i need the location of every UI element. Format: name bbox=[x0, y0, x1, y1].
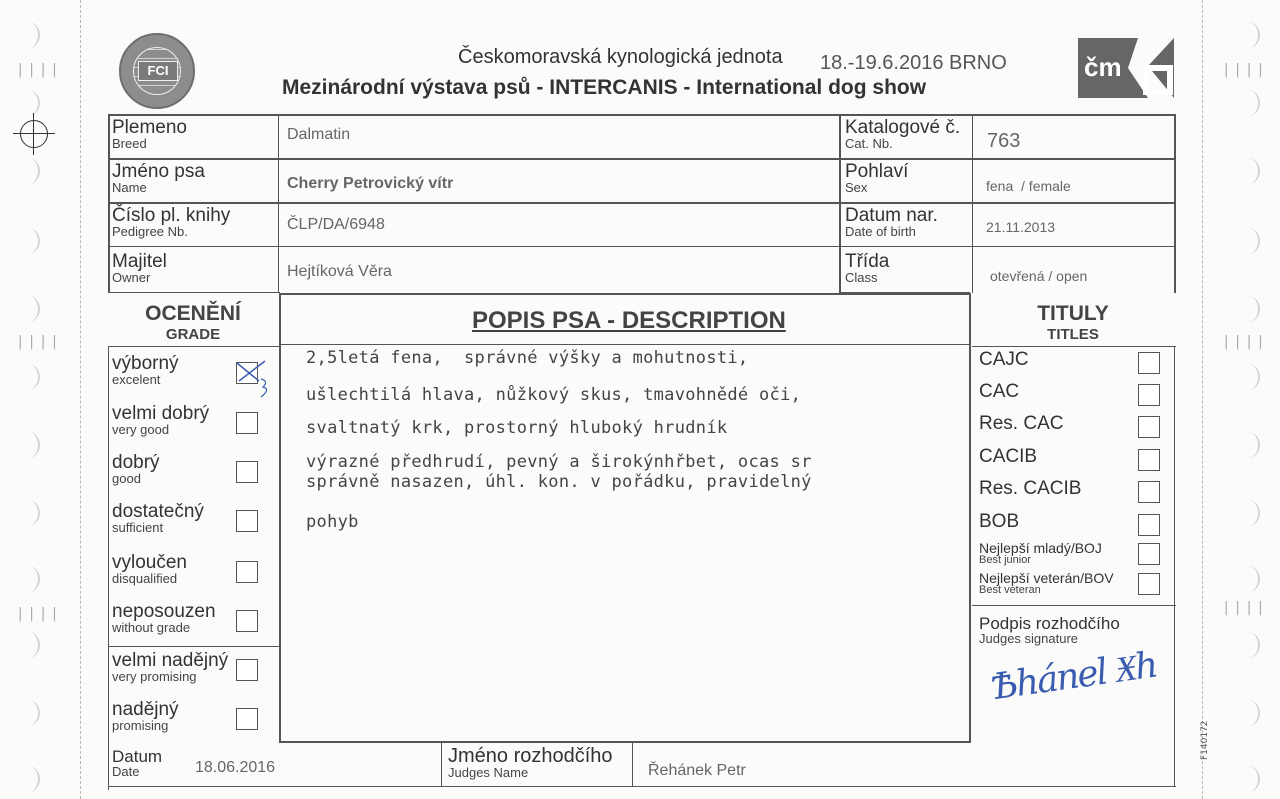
judge-name-label: Jméno rozhodčíhoJudges Name bbox=[448, 746, 613, 780]
grade-checkbox[interactable] bbox=[236, 659, 258, 681]
punch-hole bbox=[1236, 700, 1260, 726]
catalog-value: 763 bbox=[987, 130, 1020, 153]
titles-title: TITULYTITLES bbox=[972, 302, 1174, 343]
class-value: otevřená / open bbox=[990, 268, 1087, 284]
sex-label: PohlavíSex bbox=[845, 162, 908, 195]
registration-mark-icon bbox=[20, 120, 48, 148]
grid-line bbox=[108, 646, 280, 647]
punch-hole bbox=[16, 500, 40, 526]
tick-marks: |||| bbox=[1222, 62, 1268, 78]
grade-checkbox[interactable] bbox=[236, 561, 258, 583]
punch-hole bbox=[1236, 432, 1260, 458]
judge-signature: Ѣhánel Ӿh bbox=[988, 644, 1159, 709]
grade-checkbox[interactable] bbox=[236, 362, 258, 384]
title-checkbox[interactable] bbox=[1138, 449, 1160, 471]
grade-checkbox[interactable] bbox=[236, 461, 258, 483]
punch-hole bbox=[1236, 364, 1260, 390]
event-date-place: 18.-19.6.2016 BRNO bbox=[820, 52, 1007, 75]
punch-hole bbox=[1236, 158, 1260, 184]
punch-hole bbox=[1236, 766, 1260, 792]
fci-logo-text: FCI bbox=[138, 61, 178, 81]
grid-line bbox=[108, 292, 280, 293]
grade-label: neposouzenwithout grade bbox=[112, 602, 216, 635]
title-checkbox[interactable] bbox=[1138, 384, 1160, 406]
sex-value: fena / female bbox=[986, 178, 1071, 194]
name-value: Cherry Petrovický vítr bbox=[287, 175, 453, 193]
grade-checkbox[interactable] bbox=[236, 510, 258, 532]
dob-label: Datum nar.Date of birth bbox=[845, 206, 938, 239]
grid-line bbox=[441, 743, 442, 787]
grid-line bbox=[839, 114, 841, 293]
grid-line bbox=[972, 114, 973, 293]
title-checkbox[interactable] bbox=[1138, 481, 1160, 503]
title-label: CACIB bbox=[979, 447, 1037, 466]
title-checkbox[interactable] bbox=[1138, 352, 1160, 374]
punch-hole bbox=[16, 296, 40, 322]
grid-line bbox=[108, 346, 109, 790]
punch-hole bbox=[16, 158, 40, 184]
grid-line bbox=[972, 605, 1176, 606]
description-line: správně nasazen, úhl. kon. v pořádku, pr… bbox=[306, 472, 812, 492]
punch-hole bbox=[1236, 22, 1260, 48]
grade-label: dobrýgood bbox=[112, 453, 160, 486]
punch-hole bbox=[1236, 566, 1260, 592]
punch-hole bbox=[16, 566, 40, 592]
punch-hole bbox=[16, 766, 40, 792]
breed-value: Dalmatin bbox=[287, 126, 350, 144]
grid-line bbox=[969, 293, 971, 743]
punch-hole bbox=[1236, 500, 1260, 526]
fci-logo: FCI bbox=[119, 33, 195, 109]
grid-line bbox=[108, 202, 1176, 204]
grid-line bbox=[972, 346, 1176, 347]
organization-name: Českomoravská kynologická jednota bbox=[458, 46, 783, 69]
punch-hole bbox=[1236, 632, 1260, 658]
grid-line bbox=[108, 114, 1176, 116]
title-label: Res. CAC bbox=[979, 414, 1063, 433]
grid-line bbox=[108, 114, 110, 293]
grade-label: vyloučendisqualified bbox=[112, 553, 187, 586]
grid-line bbox=[278, 114, 279, 293]
grid-line bbox=[279, 293, 971, 295]
grid-line bbox=[632, 743, 633, 787]
breed-label: PlemenoBreed bbox=[112, 118, 187, 151]
grade-label: velmi dobrývery good bbox=[112, 404, 209, 437]
grade-checkbox[interactable] bbox=[236, 412, 258, 434]
catalog-label: Katalogové č.Cat. Nb. bbox=[845, 118, 960, 151]
punch-hole bbox=[16, 90, 40, 116]
grid-line bbox=[108, 246, 1176, 247]
owner-value: Hejtíková Věra bbox=[287, 263, 392, 281]
judge-name-value: Řehánek Petr bbox=[648, 762, 746, 780]
perforation-left bbox=[80, 0, 81, 799]
title-checkbox[interactable] bbox=[1138, 543, 1160, 565]
description-line: pohyb bbox=[306, 512, 359, 532]
description-line: svaltnatý krk, prostorný hluboký hrudník bbox=[306, 418, 727, 438]
tick-marks: |||| bbox=[16, 606, 62, 622]
cmku-logo-icon: čm bbox=[1078, 38, 1174, 98]
date-value: 18.06.2016 bbox=[195, 759, 275, 777]
check-mark-icon bbox=[235, 359, 275, 395]
grade-label: nadějnýpromising bbox=[112, 700, 179, 733]
title-label: Nejlepší mladý/BOJBest junior bbox=[979, 541, 1102, 566]
grid-line bbox=[280, 344, 970, 345]
class-label: TřídaClass bbox=[845, 252, 889, 285]
punch-hole bbox=[16, 228, 40, 254]
grid-line bbox=[279, 293, 281, 743]
title-label: CAJC bbox=[979, 350, 1029, 369]
signature-label: Podpis rozhodčíhoJudges signature bbox=[979, 615, 1120, 646]
punch-hole bbox=[1236, 228, 1260, 254]
tick-marks: |||| bbox=[1222, 600, 1268, 616]
event-title: Mezinárodní výstava psů - INTERCANIS - I… bbox=[282, 76, 926, 100]
date-label: DatumDate bbox=[112, 748, 162, 779]
title-label: BOB bbox=[979, 512, 1019, 531]
grid-line bbox=[108, 346, 280, 347]
title-label: CAC bbox=[979, 382, 1019, 401]
grid-line bbox=[1174, 114, 1176, 293]
dob-value: 21.11.2013 bbox=[986, 219, 1055, 235]
punch-hole bbox=[16, 700, 40, 726]
grade-label: výbornýexcelent bbox=[112, 354, 179, 387]
grade-checkbox[interactable] bbox=[236, 610, 258, 632]
grid-line bbox=[279, 741, 971, 743]
name-label: Jméno psaName bbox=[112, 162, 205, 195]
serial-number: F140172 bbox=[1200, 720, 1210, 760]
description-line: výrazné předhrudí, pevný a širokýnhřbet,… bbox=[306, 452, 812, 472]
tick-marks: |||| bbox=[16, 62, 62, 78]
title-checkbox[interactable] bbox=[1138, 514, 1160, 536]
cmku-logo: čm bbox=[1078, 38, 1174, 98]
punch-hole bbox=[16, 432, 40, 458]
grade-label: velmi nadějnývery promising bbox=[112, 651, 228, 684]
pedigree-value: ČLP/DA/6948 bbox=[287, 216, 385, 234]
punch-hole bbox=[16, 22, 40, 48]
tick-marks: |||| bbox=[16, 334, 62, 350]
svg-text:čm: čm bbox=[1084, 52, 1122, 82]
description-line: 2,5letá fena, správné výšky a mohutnosti… bbox=[306, 348, 748, 368]
grade-label: dostatečnýsufficient bbox=[112, 502, 204, 535]
title-checkbox[interactable] bbox=[1138, 416, 1160, 438]
pedigree-label: Číslo pl. knihyPedigree Nb. bbox=[112, 206, 230, 239]
grid-line bbox=[1174, 346, 1175, 786]
description-line: ušlechtilá hlava, nůžkový skus, tmavohně… bbox=[306, 385, 801, 405]
owner-label: MajitelOwner bbox=[112, 252, 167, 285]
perforation-right bbox=[1202, 0, 1203, 799]
grid-line bbox=[108, 158, 1176, 160]
tick-marks: |||| bbox=[1222, 334, 1268, 350]
title-checkbox[interactable] bbox=[1138, 573, 1160, 595]
title-label: Res. CACIB bbox=[979, 479, 1081, 498]
grid-line bbox=[108, 786, 1176, 787]
grade-checkbox[interactable] bbox=[236, 708, 258, 730]
punch-hole bbox=[1236, 90, 1260, 116]
grade-title: OCENĚNÍGRADE bbox=[108, 302, 278, 343]
description-title: POPIS PSA - DESCRIPTION bbox=[472, 307, 786, 335]
title-label: Nejlepší veterán/BOVBest veteran bbox=[979, 571, 1114, 596]
punch-hole bbox=[1236, 296, 1260, 322]
punch-hole bbox=[16, 364, 40, 390]
punch-hole bbox=[16, 632, 40, 658]
